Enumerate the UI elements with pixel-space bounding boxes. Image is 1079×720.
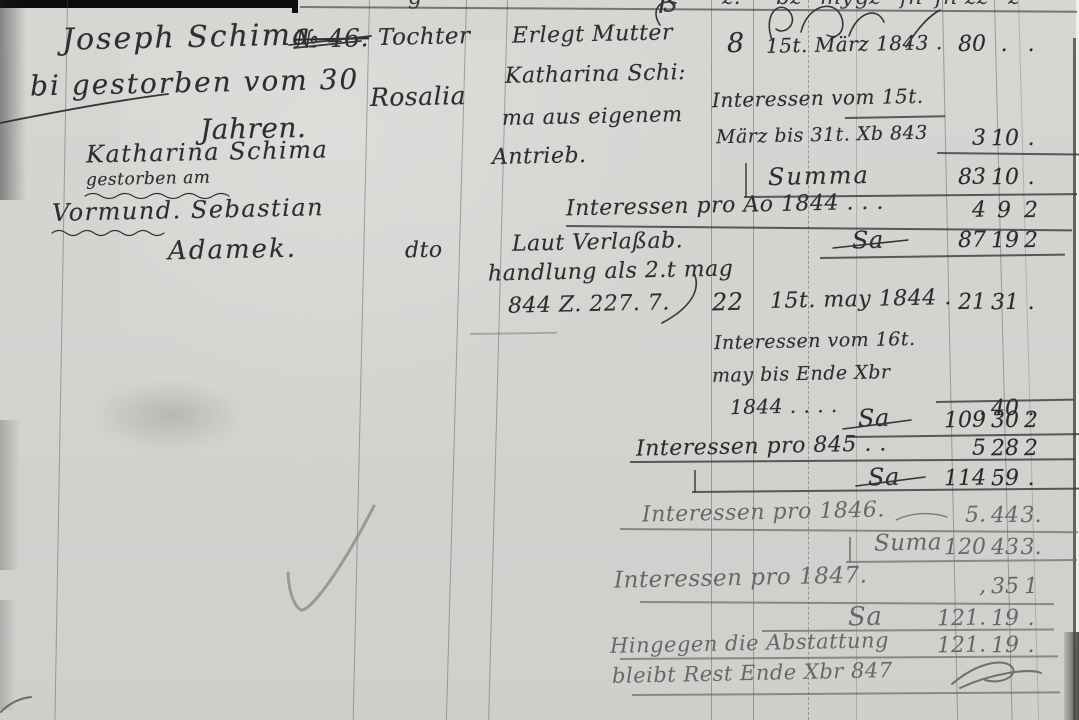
rest-flourish xyxy=(952,663,1041,688)
amount-kreuzer: 19 xyxy=(991,606,1017,631)
amount-denar: . xyxy=(1015,290,1047,316)
amount-kreuzer: 10 xyxy=(991,126,1017,151)
entry-text: may bis Ende Xbr xyxy=(712,361,891,387)
amount-denar: . xyxy=(1015,606,1047,632)
mother-name: Katharina Schima xyxy=(86,135,329,168)
entry-text: 1844 . . . . xyxy=(730,393,838,419)
left-edge-smudge xyxy=(0,420,20,570)
entry-date: 15t. may 1844 . xyxy=(770,285,952,314)
amount-denar: 3. xyxy=(1015,503,1047,529)
amount-kreuzer: 44 xyxy=(991,503,1017,528)
entry-text: Interessen pro 1846. xyxy=(642,497,885,527)
column-line-1 xyxy=(353,0,370,720)
ink-bleed-ghost xyxy=(95,380,245,450)
amount-kreuzer: 19 xyxy=(991,633,1017,658)
amount-denar: 2 xyxy=(1015,198,1047,224)
right-edge-line xyxy=(1073,38,1076,720)
amount-florin: 80 xyxy=(928,31,986,57)
left-edge-shadow xyxy=(0,0,26,200)
ditto-mark: dto xyxy=(405,238,443,264)
entry-text: März bis 31t. Xb 843 xyxy=(716,122,928,148)
amount-denar: . xyxy=(1015,32,1047,58)
pencil-corner-mark xyxy=(1,697,31,712)
amount-kreuzer: 30 xyxy=(991,408,1017,433)
entry-day-number: 8 xyxy=(727,28,745,59)
deposit-note-line: ma aus eigenem xyxy=(502,102,683,130)
decree-note-line: Laut Verlaßab. xyxy=(512,228,684,257)
entry-day-number: 22 xyxy=(712,288,744,317)
header-fragment: fn xyxy=(900,0,922,10)
amount-kreuzer: 9 xyxy=(991,198,1017,223)
sum-label-struck: Sa xyxy=(868,463,900,492)
amount-kreuzer: 28 xyxy=(991,436,1017,461)
amount-denar: . xyxy=(1015,126,1047,152)
amount-florin: 120 xyxy=(928,534,986,560)
amount-kreuzer: 35 xyxy=(991,574,1017,599)
amount-kreuzer: . xyxy=(991,32,1017,57)
amount-kreuzer: 43 xyxy=(991,535,1017,560)
scan-black-bar xyxy=(0,0,297,8)
amount-kreuzer: 10 xyxy=(991,165,1017,190)
amount-denar: . xyxy=(1015,165,1047,191)
amount-kreuzer: 31 xyxy=(991,290,1017,315)
amount-florin: 121. xyxy=(928,632,986,658)
sum-bracket xyxy=(849,537,851,563)
amount-florin: 87 xyxy=(928,227,986,253)
amount-florin: 121. xyxy=(928,605,986,631)
right-edge-dark-corner xyxy=(1064,632,1079,720)
entry-text: Hingegen die Abstattung xyxy=(610,628,889,658)
header-fragment: zz xyxy=(965,0,988,10)
sum-rule xyxy=(846,559,1077,563)
header-fragment: z xyxy=(1008,0,1020,10)
pencil-checkmark xyxy=(288,506,374,610)
faint-rule xyxy=(470,332,557,335)
sum-bracket xyxy=(745,163,747,197)
amount-florin: 3 xyxy=(928,125,986,151)
entry-text: Interessen vom 16t. xyxy=(714,328,916,354)
sum-rule xyxy=(845,115,945,119)
sum-label-struck: Sa xyxy=(852,226,884,255)
amount-denar: 1 xyxy=(1015,574,1047,600)
entry-date: 15t. März 1843 . xyxy=(766,30,943,58)
entry-text: Interessen pro 1847. xyxy=(614,562,868,593)
sum-label-struck: Sa xyxy=(858,404,890,433)
deposit-note-line: Erlegt Mutter xyxy=(512,20,673,48)
amount-denar: 2 xyxy=(1015,436,1047,462)
wavy-underline xyxy=(52,231,164,236)
amount-denar: 3. xyxy=(1015,535,1047,561)
sum-bracket xyxy=(694,470,696,492)
left-edge-smudge-2 xyxy=(0,600,16,710)
decree-note-line: 844 Z. 227. 7. xyxy=(508,290,670,318)
entry-text: bleibt Rest Ende Xbr 847 xyxy=(612,658,893,688)
deposit-note-line: Antrieb. xyxy=(492,143,587,170)
header-fragment: fn xyxy=(935,0,957,10)
amount-denar: 2 xyxy=(1015,228,1047,254)
sum-rule xyxy=(632,691,1060,696)
sum-rule xyxy=(937,152,1079,155)
guardian-line1: Vormund. Sebastian xyxy=(52,193,325,227)
relation-heading: Tochter xyxy=(378,23,471,51)
amount-florin: 5 xyxy=(928,435,986,461)
entry-text: Interessen vom 15t. xyxy=(712,84,924,112)
amount-florin: 21 xyxy=(928,289,986,315)
mother-note: gestorben am xyxy=(86,168,211,191)
scanned-ledger-page: g ß z. bz my gz fn fn zz z Joseph Schima… xyxy=(0,0,1079,720)
amount-florin: , xyxy=(928,573,986,599)
amount-florin: 5. xyxy=(928,502,986,528)
relation-name: Rosalia xyxy=(370,81,467,112)
sum-label: Summa xyxy=(768,161,870,191)
decree-note-line: handlung als 2.t mag xyxy=(488,256,734,286)
amount-kreuzer: 19 xyxy=(991,228,1017,253)
amount-florin: 4 xyxy=(928,197,986,223)
amount-denar: 2 xyxy=(1015,408,1047,434)
amount-florin: 109 xyxy=(928,407,986,433)
deposit-note-line: Katharina Schi: xyxy=(505,60,687,89)
sum-rule xyxy=(620,528,1078,533)
amount-florin: 83 xyxy=(928,164,986,190)
header-fragment: ß xyxy=(658,0,678,13)
death-note-line1: bi gestorben vom 30 xyxy=(30,63,360,103)
guardian-line2: Adamek. xyxy=(168,234,298,267)
person-name: Joseph Schima xyxy=(62,17,313,57)
cancelled-number: № 46. xyxy=(295,23,369,54)
column-line-left-margin xyxy=(54,0,68,720)
